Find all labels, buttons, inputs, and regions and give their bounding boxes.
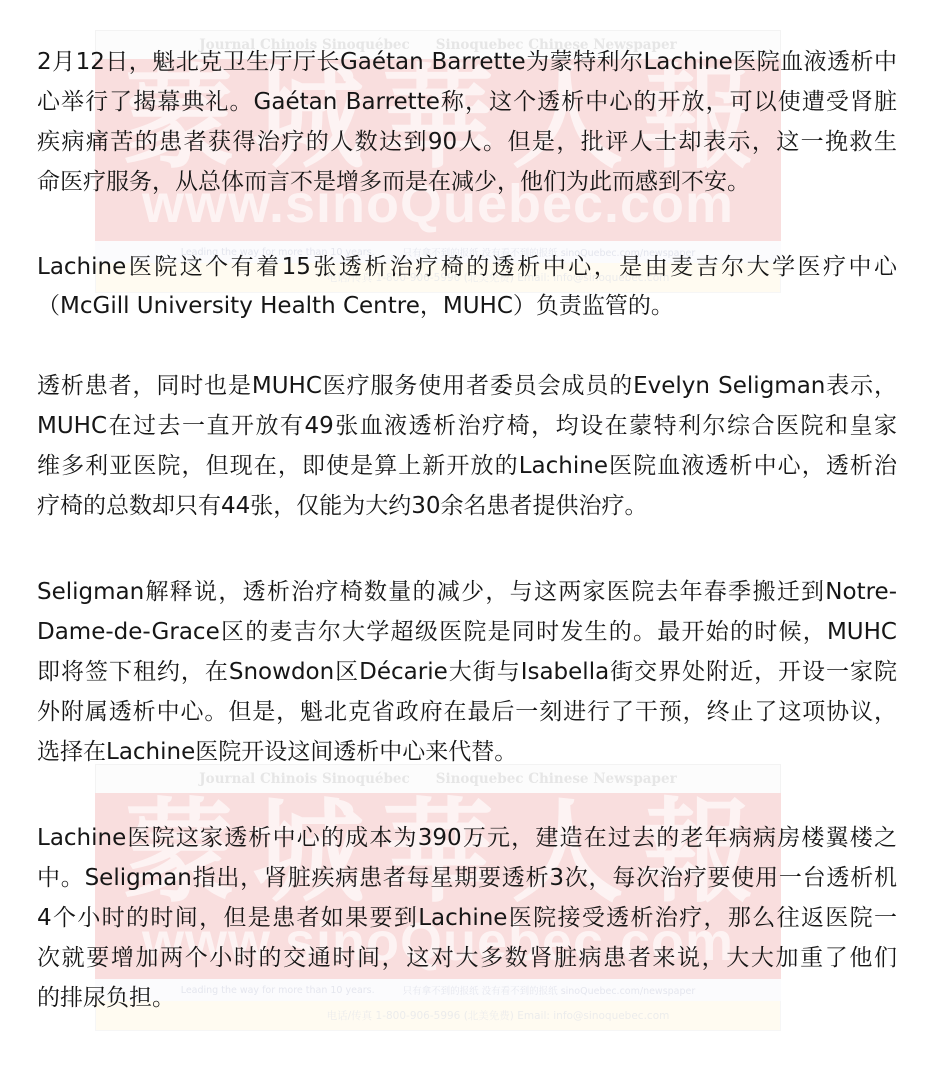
text-line: 次就要增加两个小时的交通时间，这对大多数肾脏病患者来说，大大加重了他们 [37,938,897,978]
text-line: 选择在Lachine医院开设这间透析中心来代替。 [37,732,897,772]
text-line: 透析患者，同时也是MUHC医疗服务使用者委员会成员的Evelyn Seligma… [37,366,897,406]
text-line: 外附属透析中心。但是，魁北克省政府在最后一刻进行了干预，终止了这项协议， [37,692,897,732]
text-line: Seligman解释说，透析治疗椅数量的减少，与这两家医院去年春季搬迁到Notr… [37,572,897,612]
text-line: 即将签下租约，在Snowdon区Décarie大街与Isabella街交界处附近… [37,652,897,692]
text-line: 疗椅的总数却只有44张，仅能为大约30余名患者提供治疗。 [37,486,897,526]
text-line: 维多利亚医院，但现在，即使是算上新开放的Lachine医院血液透析中心，透析治 [37,446,897,486]
text-line: 疾病痛苦的患者获得治疗的人数达到90人。但是，批评人士却表示，这一挽救生 [37,122,897,162]
text-line: 命医疗服务，从总体而言不是增多而是在减少，他们为此而感到不安。 [37,162,897,202]
text-line: 2月12日，魁北克卫生厅厅长Gaétan Barrette为蒙特利尔Lachin… [37,42,897,82]
watermark-header-left: Journal Chinois Sinoquébec [199,771,409,787]
watermark-header-right: Sinoquebec Chinese Newspaper [436,771,677,787]
text-line: Lachine医院这个有着15张透析治疗椅的透析中心，是由麦吉尔大学医疗中心 [37,247,897,287]
text-line: 心举行了揭幕典礼。Gaétan Barrette称，这个透析中心的开放，可以使遭… [37,82,897,122]
text-line: MUHC在过去一直开放有49张血液透析治疗椅，均设在蒙特利尔综合医院和皇家 [37,406,897,446]
text-line: Dame-de-Grace区的麦吉尔大学超级医院是同时发生的。最开始的时候，MU… [37,612,897,652]
text-line: 的排尿负担。 [37,978,897,1018]
text-line: 中。Seligman指出，肾脏疾病患者每星期要透析3次，每次治疗要使用一台透析机 [37,858,897,898]
text-line: （McGill University Health Centre，MUHC）负责… [37,286,897,326]
text-line: 4个小时的时间，但是患者如果要到Lachine医院接受透析治疗，那么往返医院一 [37,898,897,938]
text-line: Lachine医院这家透析中心的成本为390万元，建造在过去的老年病病房楼翼楼之 [37,818,897,858]
